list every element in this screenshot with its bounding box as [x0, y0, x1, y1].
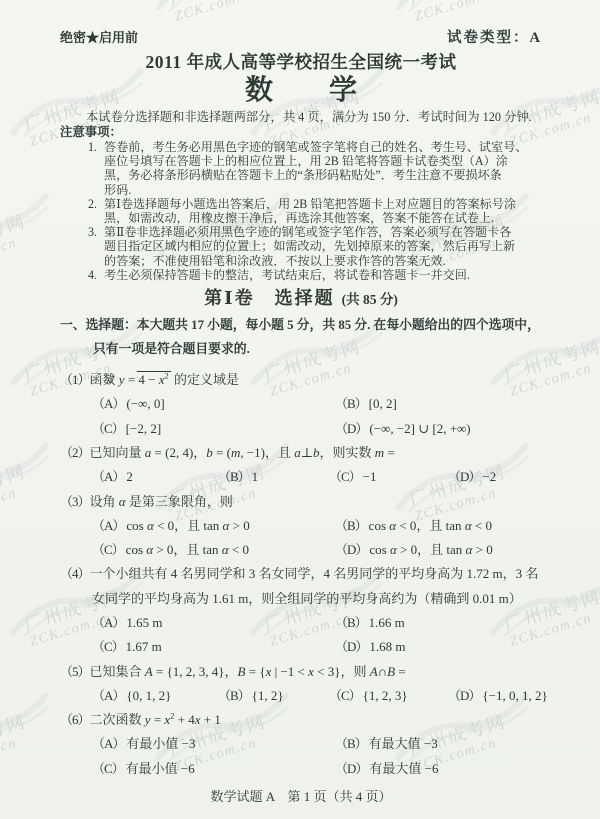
option-label: （D） — [335, 639, 367, 654]
notes-list: 1.答卷前，考生务必用黑色字迹的钢笔或签字笔将自己的姓名、考生号、试室号、座位号… — [88, 140, 542, 282]
option-label: （B） — [218, 688, 250, 703]
option: （A）{0, 1, 2} — [92, 684, 218, 708]
option-label: （C） — [329, 469, 361, 484]
option-label: （C） — [92, 761, 124, 776]
question-stem: （6）二次函数 y = x2 + 4x + 1 — [60, 708, 542, 732]
option: （C）cos α > 0，且 tan α < 0 — [92, 538, 335, 562]
option-row: （A）有最小值 −3（B）有最大值 −3（C）有最小值 −6（D）有最大值 −6 — [60, 732, 542, 781]
option: （D）−2 — [448, 465, 542, 489]
option-label: （C） — [92, 639, 124, 654]
option-label: （B） — [335, 396, 367, 411]
question-number: （3） — [60, 494, 90, 509]
question-stem: （2）已知向量 a = (2, 4)，b = (m, −1)，且 a⊥b，则实数… — [60, 441, 542, 465]
option-label: （A） — [92, 736, 124, 751]
section-heading-main: 第Ⅰ卷 选择题 — [204, 288, 334, 308]
note-item: 1.答卷前，考生务必用黑色字迹的钢笔或签字笔将自己的姓名、考生号、试室号、座位号… — [88, 140, 542, 197]
option: （B）{1, 2} — [218, 684, 329, 708]
question: （5）已知集合 A = {1, 2, 3, 4}，B = {x | −1 < x… — [60, 660, 542, 709]
option: （D）(−∞, −2] ∪ [2, +∞) — [335, 417, 542, 441]
option: （D）有最大值 −6 — [335, 757, 542, 781]
paper-content: 绝密★启用前 试卷类型：A 2011 年成人高等学校招生全国统一考试 数 学 本… — [0, 0, 600, 805]
question-number: （1） — [60, 372, 90, 387]
note-number: 4. — [88, 268, 97, 282]
option: （B）cos α < 0，且 tan α < 0 — [335, 514, 542, 538]
option-label: （B） — [335, 615, 367, 630]
option: （C）有最小值 −6 — [92, 757, 335, 781]
question: （2）已知向量 a = (2, 4)，b = (m, −1)，且 a⊥b，则实数… — [60, 441, 542, 490]
question: （4）一个小组共有 4 名男同学和 3 名女同学，4 名男同学的平均身高为 1.… — [60, 562, 542, 659]
option-label: （B） — [335, 518, 367, 533]
question-number: （6） — [60, 712, 90, 727]
question-stem: （3）设角 α 是第三象限角，则 — [60, 490, 542, 514]
exam-paper-page: 广州成考网ZCK.com.cn广州成考网ZCK.com.cn广州成考网ZCK.c… — [0, 0, 600, 819]
option-label: （A） — [92, 615, 124, 630]
option: （C）1.67 m — [92, 635, 335, 659]
question-number: （2） — [60, 445, 90, 460]
note-number: 2. — [88, 197, 97, 211]
note-item: 4.考生必须保持答题卡的整洁，考试结束后，将试卷和答题卡一并交回. — [88, 268, 542, 282]
option-row: （A）1.65 m（B）1.66 m（C）1.67 m（D）1.68 m — [60, 611, 542, 660]
option: （C）{1, 2, 3} — [329, 684, 448, 708]
option-label: （D） — [335, 761, 367, 776]
security-label: 绝密★启用前 — [60, 27, 138, 46]
option-label: （D） — [448, 688, 480, 703]
note-item: 3.第Ⅱ卷非选择题必须用黑色字迹的钢笔或签字笔作答，答案必须写在答题卡各题目指定… — [88, 225, 542, 268]
option-row: （A）cos α < 0，且 tan α > 0（B）cos α < 0，且 t… — [60, 514, 542, 563]
option: （D）1.68 m — [335, 635, 542, 659]
option-label: （B） — [335, 736, 367, 751]
option-label: （C） — [329, 688, 361, 703]
question-stem: （1）函数 y = √4 − x2 的定义域是 — [60, 368, 542, 392]
option: （C）−1 — [329, 465, 448, 489]
section-directive: 一、选择题：本大题共 17 小题，每小题 5 分，共 85 分. 在每小题给出的… — [60, 313, 542, 361]
option-label: （A） — [92, 518, 124, 533]
option-label: （A） — [92, 396, 124, 411]
question: （3）设角 α 是第三象限角，则（A）cos α < 0，且 tan α > 0… — [60, 490, 542, 563]
option-label: （D） — [335, 542, 367, 557]
paper-type-label: 试卷类型：A — [447, 26, 542, 47]
page-footer: 数学试题 A 第 1 页（共 4 页） — [60, 789, 542, 805]
option: （D）cos α > 0，且 tan α > 0 — [335, 538, 542, 562]
option: （A）1.65 m — [92, 611, 335, 635]
option: （D）{−1, 0, 1, 2} — [448, 684, 548, 708]
option-row: （A）{0, 1, 2}（B）{1, 2}（C）{1, 2, 3}（D）{−1,… — [60, 684, 542, 708]
option: （A）2 — [92, 465, 218, 489]
option-label: （D） — [335, 421, 367, 436]
question: （1）函数 y = √4 − x2 的定义域是（A）(−∞, 0]（B）[0, … — [60, 368, 542, 441]
note-item: 2.第Ⅰ卷选择题每小题选出答案后，用 2B 铅笔把答题卡上对应题目的答案标号涂黑… — [88, 197, 542, 225]
option: （B）有最大值 −3 — [335, 732, 542, 756]
option-row: （A）2（B）1（C）−1（D）−2 — [60, 465, 542, 489]
question-number: （5） — [60, 664, 90, 679]
option-label: （D） — [448, 469, 480, 484]
question: （6）二次函数 y = x2 + 4x + 1（A）有最小值 −3（B）有最大值… — [60, 708, 542, 781]
option: （C）[−2, 2] — [92, 417, 335, 441]
subject-title: 数 学 — [60, 75, 542, 107]
question-stem: （5）已知集合 A = {1, 2, 3, 4}，B = {x | −1 < x… — [60, 660, 542, 684]
option: （B）[0, 2] — [335, 392, 542, 416]
option-label: （C） — [92, 542, 124, 557]
top-line: 绝密★启用前 试卷类型：A — [60, 26, 542, 47]
question-list: （1）函数 y = √4 − x2 的定义域是（A）(−∞, 0]（B）[0, … — [60, 368, 542, 781]
option: （A）(−∞, 0] — [92, 392, 335, 416]
question-number: （4） — [60, 566, 90, 581]
question-stem: （4）一个小组共有 4 名男同学和 3 名女同学，4 名男同学的平均身高为 1.… — [60, 562, 542, 611]
section-heading-sub: (共 85 分) — [342, 292, 398, 307]
note-number: 3. — [88, 225, 97, 239]
option-label: （C） — [92, 421, 124, 436]
note-number: 1. — [88, 140, 97, 154]
option: （B）1 — [218, 465, 329, 489]
option-label: （A） — [92, 469, 124, 484]
option-row: （A）(−∞, 0]（B）[0, 2]（C）[−2, 2]（D）(−∞, −2]… — [60, 392, 542, 441]
option-label: （B） — [218, 469, 250, 484]
section-heading: 第Ⅰ卷 选择题 (共 85 分) — [60, 287, 542, 311]
option: （B）1.66 m — [335, 611, 542, 635]
paper-intro: 本试卷分选择题和非选择题两部分，共 4 页，满分为 150 分．考试时间为 12… — [60, 109, 542, 125]
notes-title: 注意事项： — [60, 125, 542, 140]
option-label: （A） — [92, 688, 124, 703]
option: （A）有最小值 −3 — [92, 732, 335, 756]
option: （A）cos α < 0，且 tan α > 0 — [92, 514, 335, 538]
exam-title: 2011 年成人高等学校招生全国统一考试 — [60, 51, 542, 73]
